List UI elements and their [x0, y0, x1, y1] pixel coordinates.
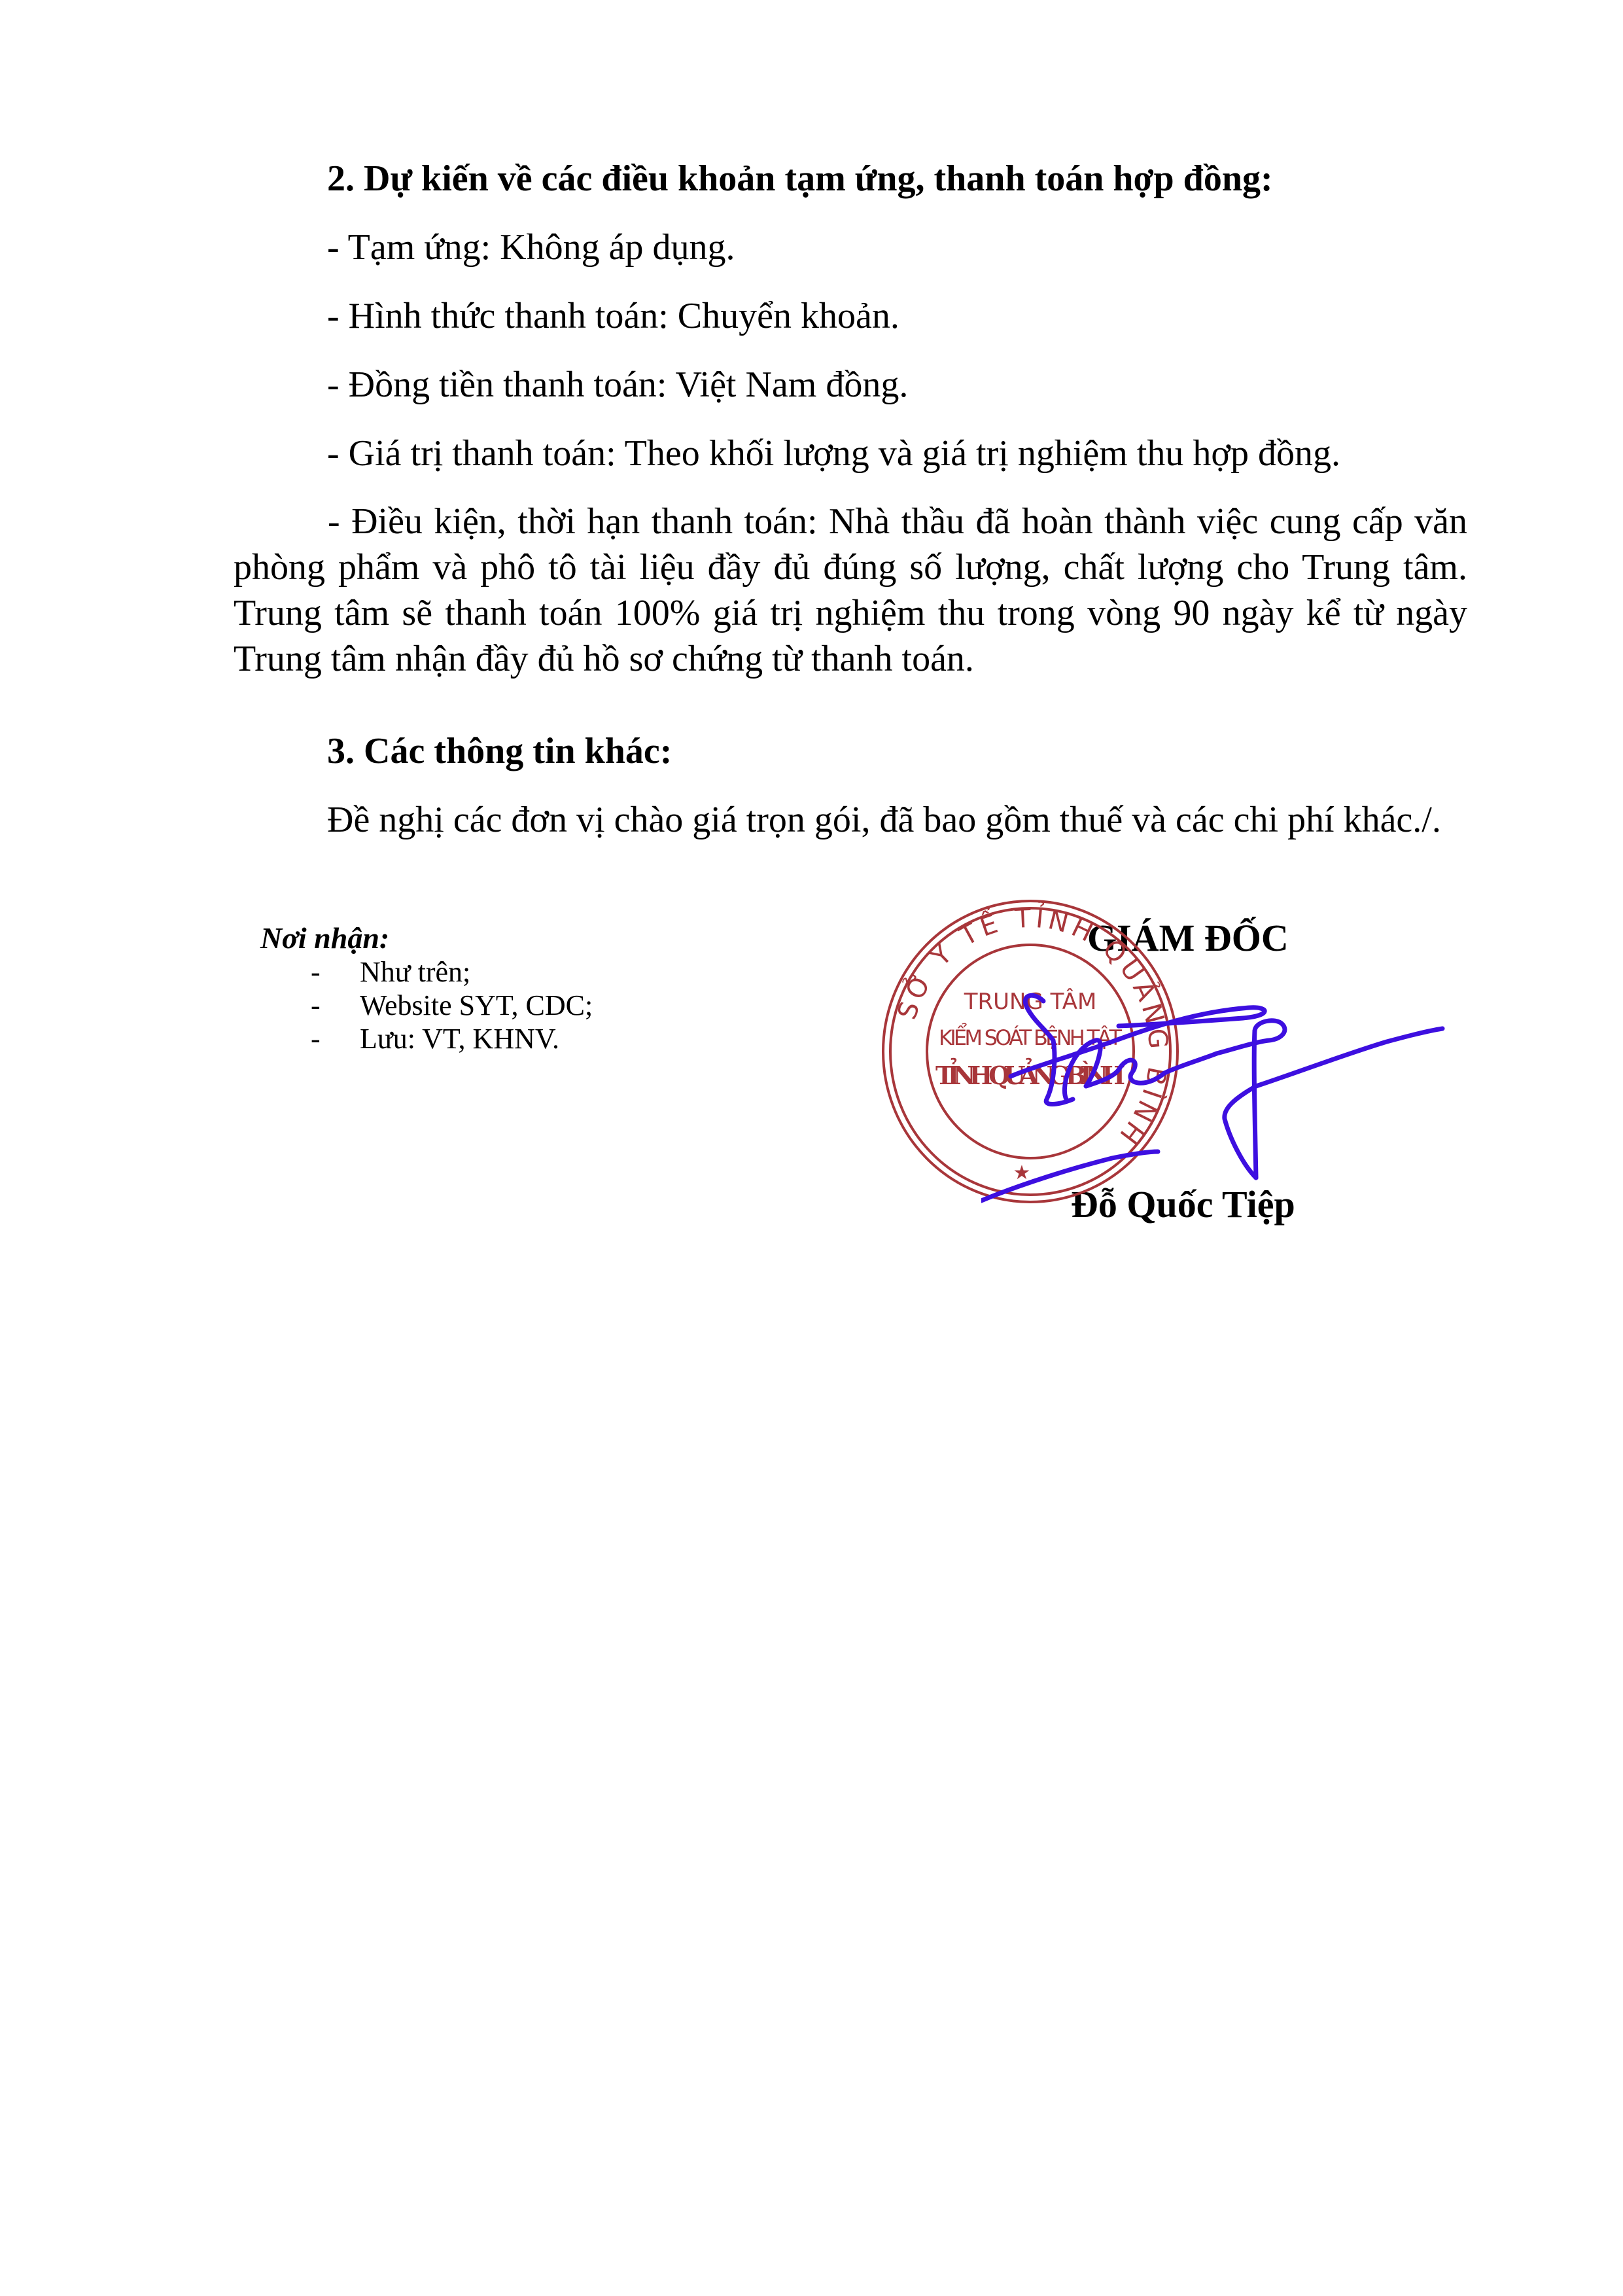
recipients-block: Nơi nhận: -Như trên; -Website SYT, CDC; …	[260, 921, 593, 1055]
stamp-star-icon: ★	[1013, 1161, 1031, 1184]
signer-name: Đỗ Quốc Tiệp	[1071, 1186, 1295, 1224]
advance-payment-item: - Tạm ứng: Không áp dụng.	[327, 229, 735, 266]
payment-value-item: - Giá trị thanh toán: Theo khối lượng và…	[327, 435, 1340, 472]
payment-method-item: - Hình thức thanh toán: Chuyển khoản.	[327, 298, 899, 334]
section-2-heading: 2. Dự kiến về các điều khoản tạm ứng, th…	[327, 160, 1273, 197]
stamp-line-2: KIỂM SOÁT BỆNH TẬT	[939, 1023, 1122, 1050]
recipient-item: -Lưu: VT, KHNV.	[260, 1022, 593, 1055]
recipient-item: -Như trên;	[260, 955, 593, 989]
payment-currency-item: - Đồng tiền thanh toán: Việt Nam đồng.	[327, 366, 908, 403]
payment-conditions-paragraph: - Điều kiện, thời hạn thanh toán: Nhà th…	[234, 499, 1467, 682]
stamp-line-3: TỈNH QUẢNG BÌNH	[935, 1059, 1125, 1090]
section-3-body: Đề nghị các đơn vị chào giá trọn gói, đã…	[327, 802, 1441, 838]
document-page: 2. Dự kiến về các điều khoản tạm ứng, th…	[0, 0, 1623, 2296]
stamp-line-1: TRUNG TÂM	[964, 988, 1097, 1015]
section-3-heading: 3. Các thông tin khác:	[327, 733, 672, 769]
recipients-title: Nơi nhận:	[260, 921, 593, 955]
recipient-item: -Website SYT, CDC;	[260, 989, 593, 1022]
signer-title: GIÁM ĐỐC	[1087, 919, 1289, 957]
recipients-list: -Như trên; -Website SYT, CDC; -Lưu: VT, …	[260, 955, 593, 1055]
